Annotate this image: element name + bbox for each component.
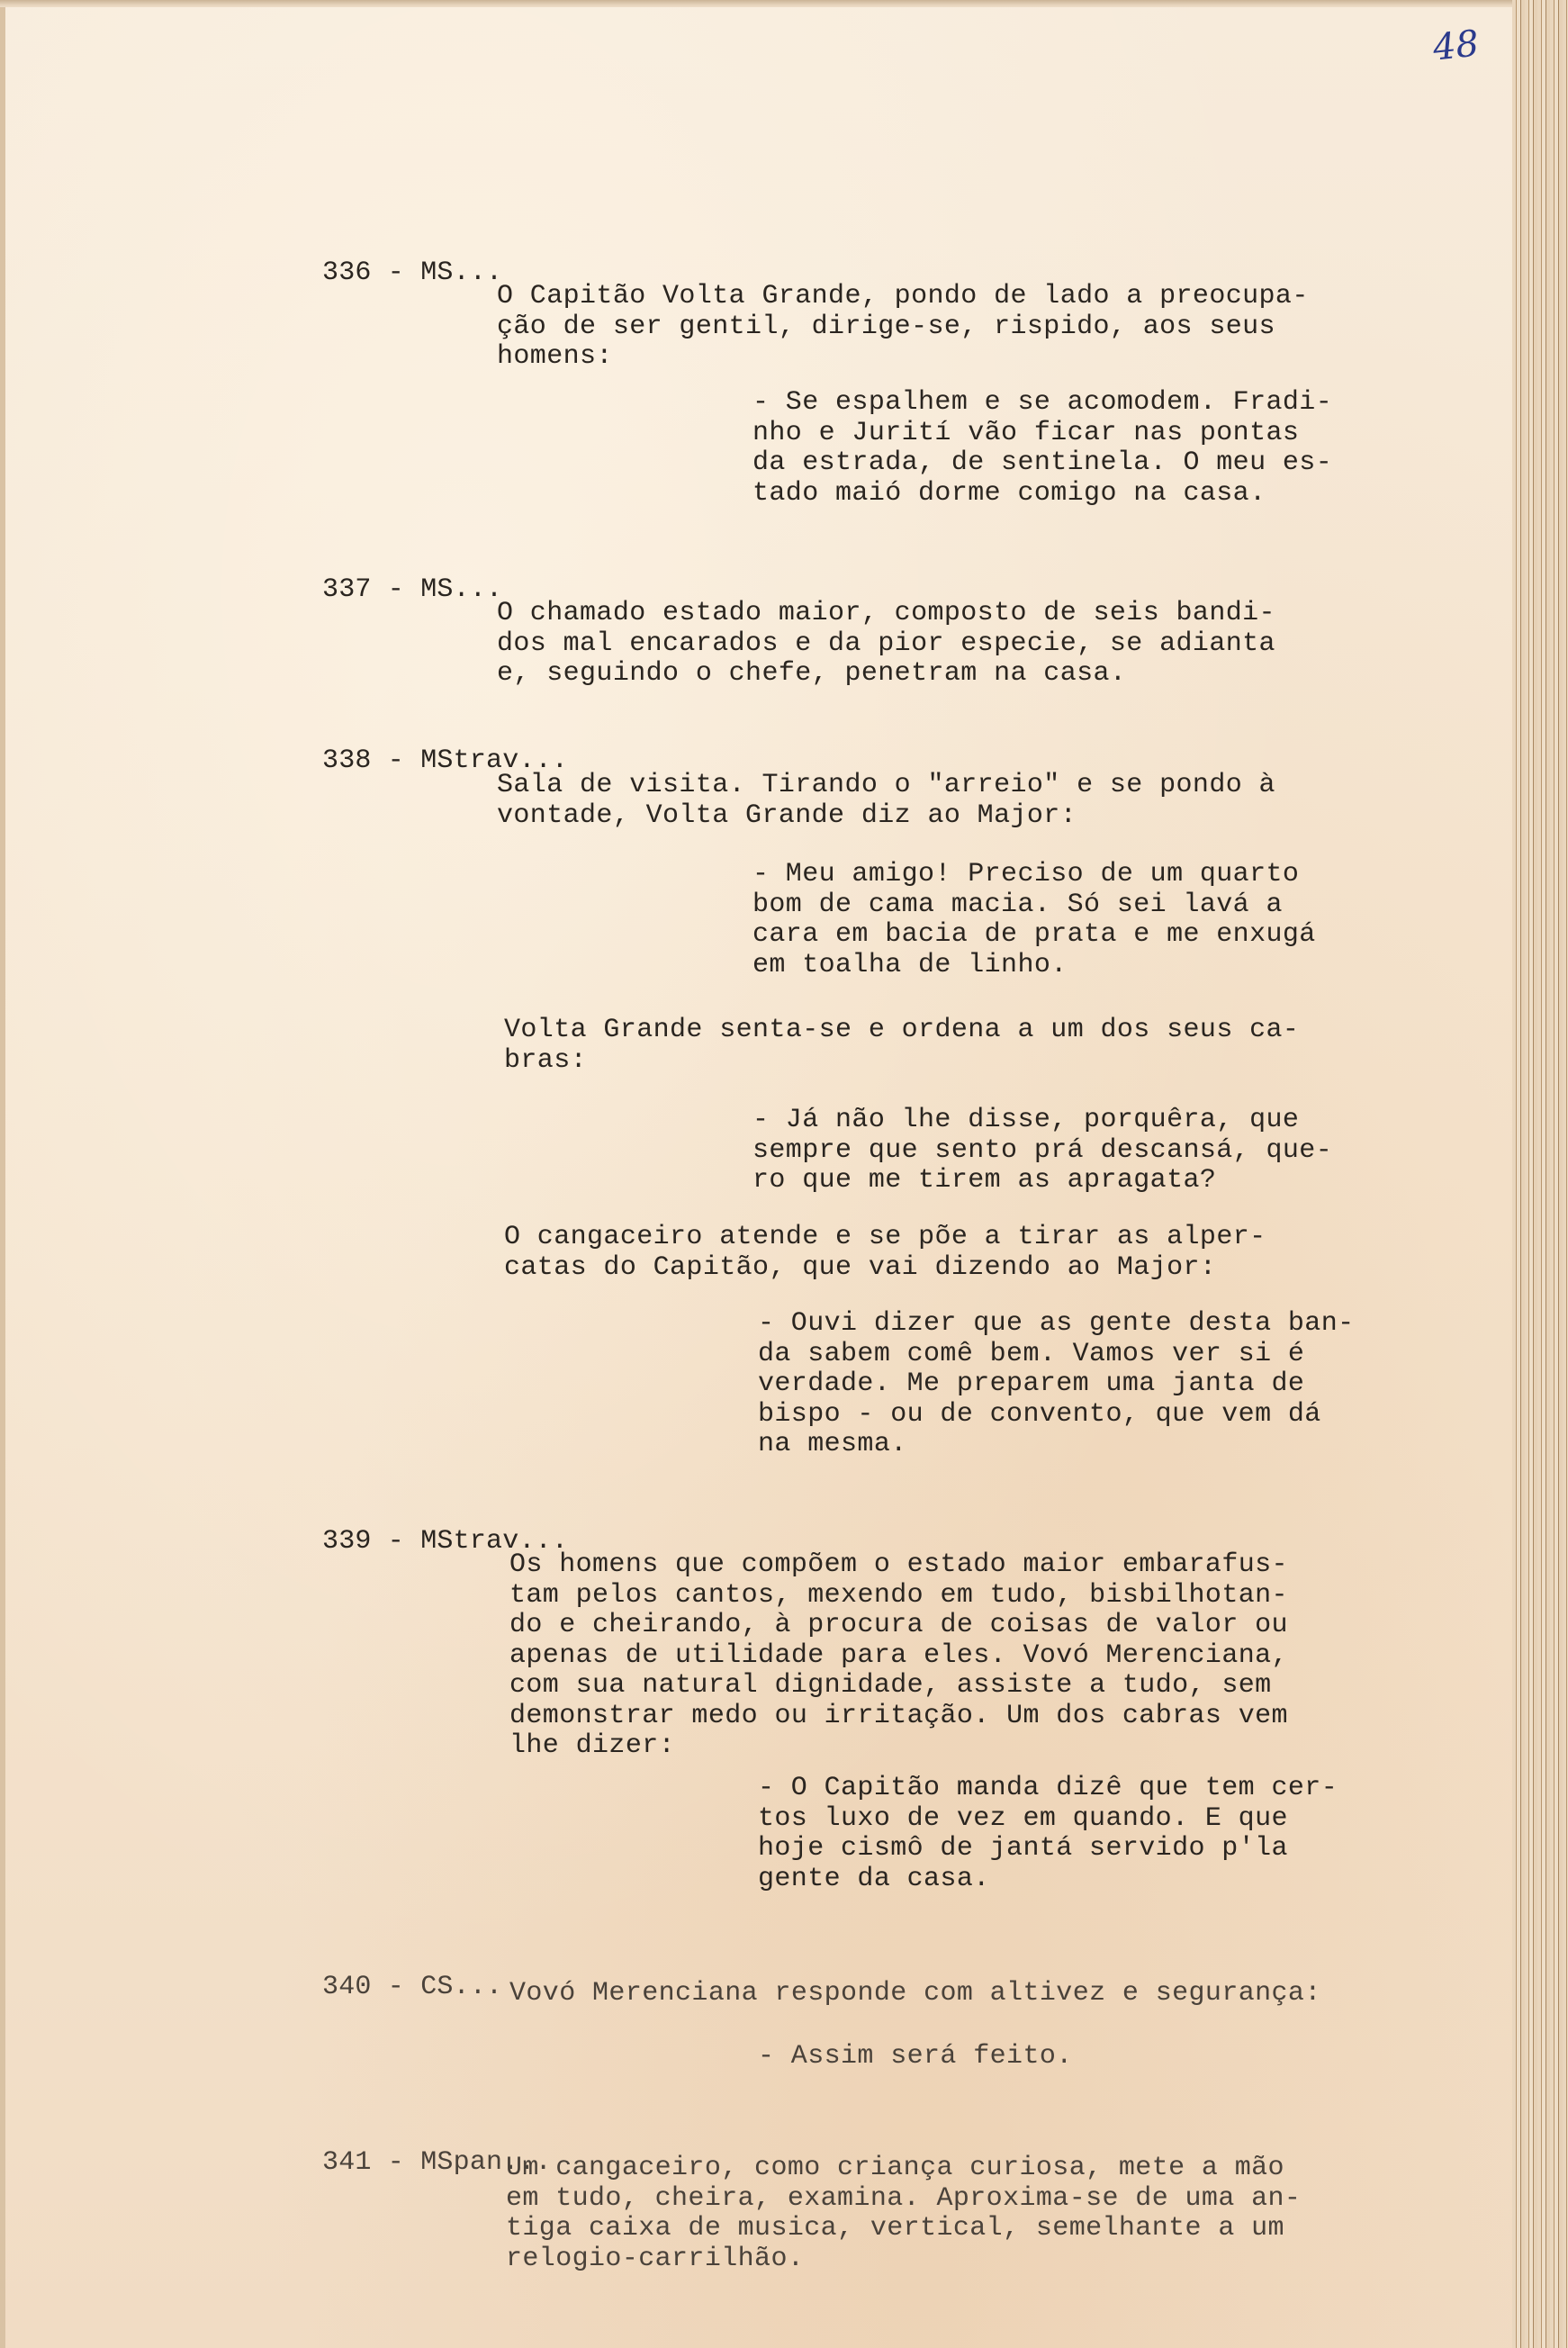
text-line: sempre que sento prá descansá, que-	[752, 1136, 1455, 1167]
text-line: apenas de utilidade para eles. Vovó Mere…	[509, 1641, 1464, 1672]
handwritten-page-number: 48	[1431, 23, 1481, 68]
text-line: - Meu amigo! Preciso de um quarto	[752, 860, 1455, 890]
text-line: ção de ser gentil, dirige-se, rispido, a…	[497, 312, 1451, 343]
book-page-edges	[1512, 0, 1568, 2348]
text-line: e, seguindo o chefe, penetram na casa.	[497, 659, 1451, 690]
action-paragraph: Os homens que compõem o estado maior emb…	[509, 1550, 1464, 1762]
text-line: tam pelos cantos, mexendo em tudo, bisbi…	[509, 1581, 1464, 1612]
text-line: - Já não lhe disse, porquêra, que	[752, 1106, 1455, 1136]
text-line: gente da casa.	[758, 1865, 1460, 1895]
action-paragraph: O Capitão Volta Grande, pondo de lado a …	[497, 282, 1451, 373]
text-line: Os homens que compõem o estado maior emb…	[509, 1550, 1464, 1581]
text-line: bras:	[504, 1046, 1458, 1077]
text-line: nho e Jurití vão ficar nas pontas	[752, 419, 1455, 449]
action-paragraph: O chamado estado maior, composto de seis…	[497, 599, 1451, 690]
text-line: tado maió dorme comigo na casa.	[752, 479, 1455, 510]
text-line: O Capitão Volta Grande, pondo de lado a …	[497, 282, 1451, 312]
text-line: dos mal encarados e da pior especie, se …	[497, 629, 1451, 660]
action-paragraph: O cangaceiro atende e se põe a tirar as …	[504, 1223, 1458, 1283]
dialogue-paragraph: - Assim será feito.	[758, 2042, 1460, 2073]
text-line: bom de cama macia. Só sei lavá a	[752, 890, 1455, 921]
dialogue-paragraph: - O Capitão manda dizê que tem cer- tos …	[758, 1774, 1460, 1894]
text-line: lhe dizer:	[509, 1731, 1464, 1762]
text-line: na mesma.	[758, 1430, 1460, 1460]
text-line: da sabem comê bem. Vamos ver si é	[758, 1340, 1460, 1370]
dialogue-paragraph: - Ouvi dizer que as gente desta ban- da …	[758, 1309, 1460, 1460]
text-line: O cangaceiro atende e se põe a tirar as …	[504, 1223, 1458, 1253]
text-line: verdade. Me preparem uma janta de	[758, 1369, 1460, 1400]
text-line: ro que me tirem as apragata?	[752, 1166, 1455, 1197]
text-line: Volta Grande senta-se e ordena a um dos …	[504, 1016, 1458, 1046]
dialogue-paragraph: - Já não lhe disse, porquêra, que sempre…	[752, 1106, 1455, 1197]
dialogue-paragraph: - Se espalhem e se acomodem. Fradi- nho …	[752, 388, 1455, 509]
action-paragraph: Vovó Merenciana responde com altivez e s…	[509, 1979, 1464, 2009]
text-line: - O Capitão manda dizê que tem cer-	[758, 1774, 1460, 1804]
text-line: da estrada, de sentinela. O meu es-	[752, 448, 1455, 479]
text-line: - Se espalhem e se acomodem. Fradi-	[752, 388, 1455, 419]
text-line: Sala de visita. Tirando o "arreio" e se …	[497, 771, 1451, 801]
text-line: em toalha de linho.	[752, 951, 1455, 981]
action-paragraph: Sala de visita. Tirando o "arreio" e se …	[497, 771, 1451, 831]
scene-heading: 340 - CS...	[322, 1972, 502, 2002]
text-line: Um cangaceiro, como criança curiosa, met…	[506, 2154, 1460, 2184]
text-line: Vovó Merenciana responde com altivez e s…	[509, 1979, 1464, 2009]
action-paragraph: Um cangaceiro, como criança curiosa, met…	[506, 2154, 1460, 2274]
text-line: homens:	[497, 342, 1451, 373]
text-line: do e cheirando, à procura de coisas de v…	[509, 1611, 1464, 1641]
text-line: em tudo, cheira, examina. Aproxima-se de…	[506, 2184, 1460, 2215]
text-line: relogio-carrilhão.	[506, 2244, 1460, 2275]
text-line: catas do Capitão, que vai dizendo ao Maj…	[504, 1253, 1458, 1284]
text-line: O chamado estado maior, composto de seis…	[497, 599, 1451, 629]
scene-heading: 337 - MS...	[322, 574, 502, 605]
dialogue-paragraph: - Meu amigo! Preciso de um quarto bom de…	[752, 860, 1455, 980]
text-line: demonstrar medo ou irritação. Um dos cab…	[509, 1702, 1464, 1732]
action-paragraph: Volta Grande senta-se e ordena a um dos …	[504, 1016, 1458, 1076]
text-line: bispo - ou de convento, que vem dá	[758, 1400, 1460, 1431]
text-line: tiga caixa de musica, vertical, semelhan…	[506, 2214, 1460, 2244]
text-line: tos luxo de vez em quando. E que	[758, 1804, 1460, 1835]
text-line: - Ouvi dizer que as gente desta ban-	[758, 1309, 1460, 1340]
text-line: - Assim será feito.	[758, 2042, 1460, 2073]
scene-heading: 336 - MS...	[322, 257, 502, 288]
text-line: vontade, Volta Grande diz ao Major:	[497, 801, 1451, 832]
text-line: hoje cismô de jantá servido p'la	[758, 1834, 1460, 1865]
text-line: com sua natural dignidade, assiste a tud…	[509, 1671, 1464, 1702]
text-line: cara em bacia de prata e me enxugá	[752, 920, 1455, 951]
